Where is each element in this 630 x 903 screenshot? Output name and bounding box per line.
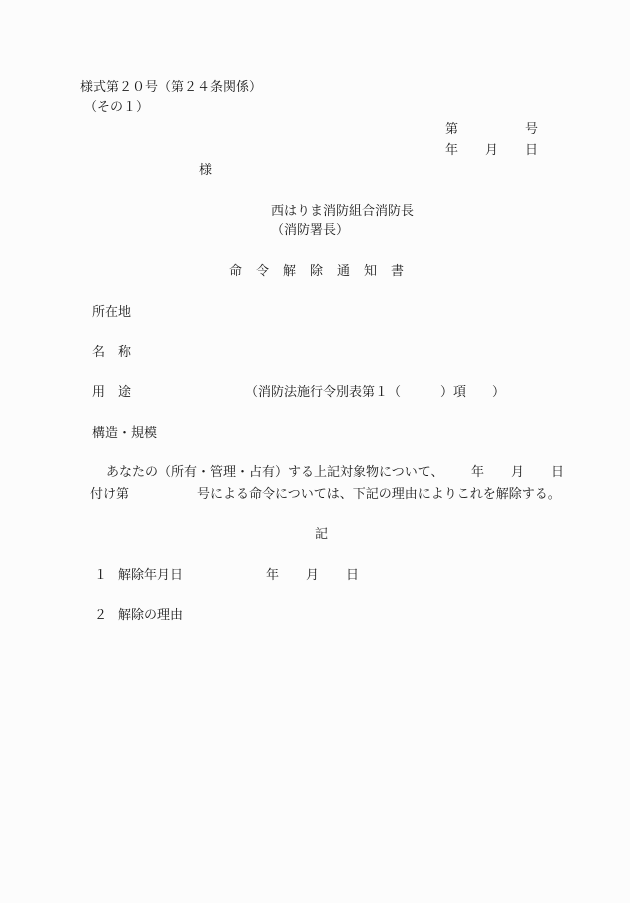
doc-number-dai: 第 — [445, 122, 458, 138]
item-1-day: 日 — [346, 568, 359, 584]
body-line2-prefix: 付け第 — [90, 487, 129, 503]
field-usage-label: 用 途 — [92, 385, 131, 401]
field-structure-label: 構造・規模 — [92, 426, 157, 442]
item-1-year: 年 — [266, 568, 279, 584]
issuer-alt-title: （消防署長） — [271, 223, 349, 239]
form-sub-number: （その１） — [84, 100, 149, 116]
date-year: 年 — [445, 143, 458, 159]
ki-heading: 記 — [315, 527, 328, 543]
doc-number-gou: 号 — [525, 122, 538, 138]
date-month: 月 — [485, 143, 498, 159]
issuer-name: 西はりま消防組合消防長 — [271, 204, 414, 220]
body-line1-day: 日 — [551, 465, 564, 481]
body-line1-year: 年 — [471, 465, 484, 481]
item-2-number: ２ — [94, 608, 107, 624]
field-location-label: 所在地 — [92, 305, 131, 321]
item-2-label: 解除の理由 — [118, 608, 183, 624]
body-line1-month: 月 — [511, 465, 524, 481]
body-line2-suffix: 号による命令については、下記の理由によりこれを解除する。 — [197, 487, 561, 503]
date-day: 日 — [525, 143, 538, 159]
form-number: 様式第２０号（第２４条関係） — [80, 80, 262, 96]
document-title: 命令解除通知書 — [229, 264, 418, 280]
body-line1-prefix: あなたの（所有・管理・占有）する上記対象物について、 — [106, 465, 443, 481]
recipient-honorific: 様 — [199, 163, 212, 179]
field-usage-note: （消防法施行令別表第１（ ）項 ） — [245, 385, 505, 401]
item-1-month: 月 — [306, 568, 319, 584]
field-name-label: 名 称 — [92, 345, 131, 361]
item-1-label: 解除年月日 — [118, 568, 183, 584]
item-1-number: １ — [94, 568, 107, 584]
document-page: 様式第２０号（第２４条関係） （その１） 第 号 年 月 日 様 西はりま消防組… — [0, 0, 630, 903]
